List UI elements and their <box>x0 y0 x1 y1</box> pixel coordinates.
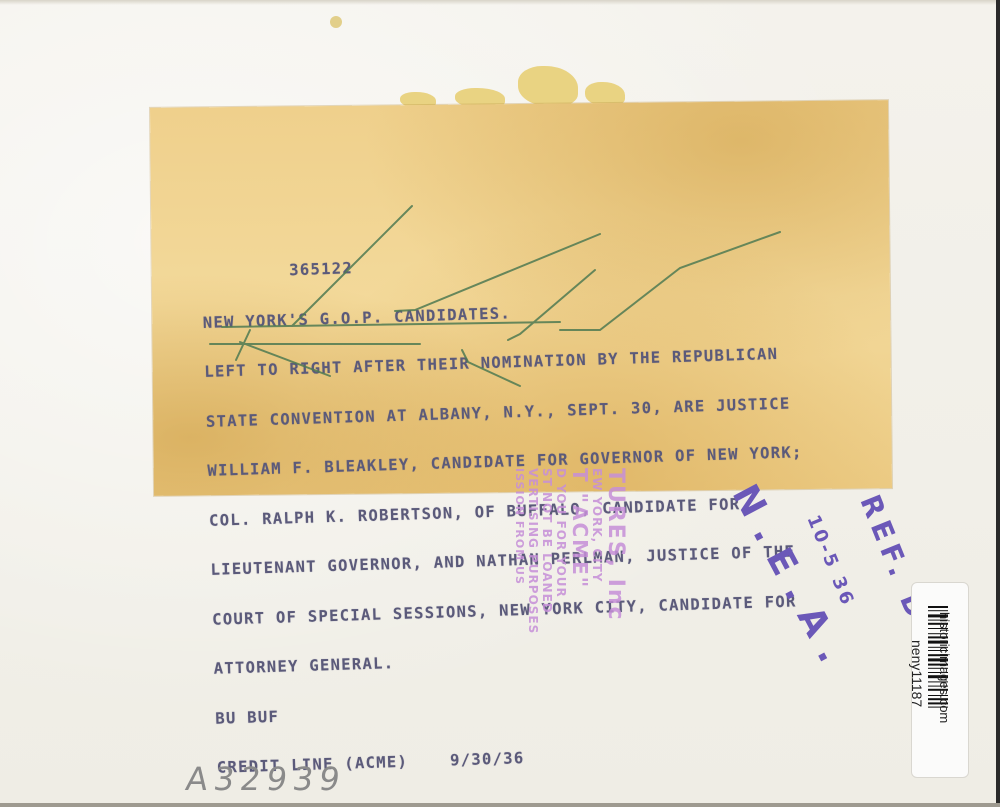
handwritten-number: A32939 <box>183 760 348 798</box>
acme-stamp-line: EW YORK, CITY <box>590 468 604 583</box>
glue-spot <box>330 16 342 28</box>
caption-line: LIEUTENANT GOVERNOR, AND NATHAN PERLMAN,… <box>210 543 806 578</box>
barcode-site: historicimages.com <box>937 612 952 723</box>
top-edge <box>0 0 1000 5</box>
bottom-edge <box>0 803 1000 807</box>
acme-stamp-line: TURES, Inc <box>603 468 628 622</box>
caption-date: 9/30/36 <box>408 749 525 771</box>
acme-stamp-line: ST NOT BE LOANED <box>540 468 554 614</box>
glue-residue <box>518 66 578 106</box>
caption-text: 365122 NEW YORK'S G.O.P. CANDIDATES. LEF… <box>200 213 813 792</box>
acme-stamp-line: VERTISING PURPOSES <box>526 468 540 634</box>
caption-line: COL. RALPH K. ROBERTSON, OF BUFFALO, CAN… <box>209 494 805 529</box>
right-edge <box>996 0 1000 807</box>
caption-line: LEFT TO RIGHT AFTER THEIR NOMINATION BY … <box>204 345 800 380</box>
caption-line: BU BUF <box>215 692 811 727</box>
caption-line: NEW YORK'S G.O.P. CANDIDATES. <box>203 296 799 331</box>
acme-stamp-line: T "ACME" <box>568 468 592 589</box>
caption-line: WILLIAM F. BLEAKLEY, CANDIDATE FOR GOVER… <box>207 444 803 479</box>
caption-id-number: 365122 <box>201 246 797 281</box>
acme-stamp-line: D YOU FOR YOUR <box>554 468 568 598</box>
caption-line: STATE CONVENTION AT ALBANY, N.Y., SEPT. … <box>206 395 802 430</box>
caption-line: COURT OF SPECIAL SESSIONS, NEW YORK CITY… <box>212 593 808 628</box>
acme-stamp-line: ISSION FROM US <box>513 468 526 585</box>
barcode-item-id: neny11187 <box>909 640 925 707</box>
caption-line: ATTORNEY GENERAL. <box>213 642 809 677</box>
